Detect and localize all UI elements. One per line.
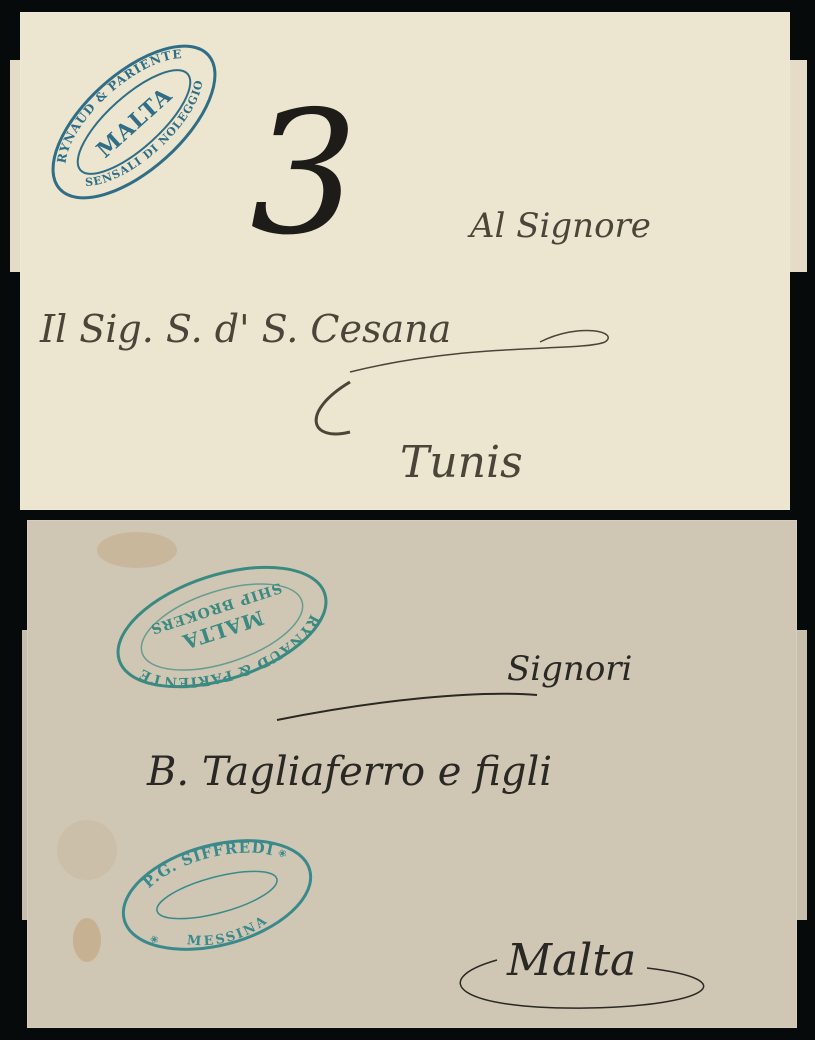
bottom-cover-artwork: RYNAUD & PARIENTE MALTA SHIP BROKERS P.G… [27, 520, 797, 1028]
rate-marking: 3 [250, 75, 358, 273]
svg-text:P.G. SIFFREDI: P.G. SIFFREDI [135, 826, 280, 893]
rynaud-pariente-malta-stamp: RYNAUD & PARIENTE SENSALI DI NOLEGGIO MA… [28, 19, 241, 224]
siffredi-messina-stamp: P.G. SIFFREDI MESSINA ❀ ❀ [111, 820, 323, 970]
address-line-2: B. Tagliaferro e figli [146, 749, 552, 795]
rynaud-pariente-ship-brokers-stamp: RYNAUD & PARIENTE MALTA SHIP BROKERS [103, 544, 342, 714]
bottom-cover: RYNAUD & PARIENTE MALTA SHIP BROKERS P.G… [27, 520, 797, 1028]
top-cover: RYNAUD & PARIENTE SENSALI DI NOLEGGIO MA… [20, 12, 790, 510]
address-line-2: Il Sig. S. d' S. Cesana [39, 307, 451, 351]
address-line-1: Al Signore [467, 206, 651, 246]
address-line-3: Malta [506, 935, 636, 986]
svg-text:❀: ❀ [149, 934, 160, 947]
address-line-3: Tunis [400, 437, 523, 488]
top-cover-artwork: RYNAUD & PARIENTE SENSALI DI NOLEGGIO MA… [20, 12, 790, 510]
address-line-1: Signori [507, 649, 632, 689]
svg-text:❀: ❀ [277, 848, 288, 861]
